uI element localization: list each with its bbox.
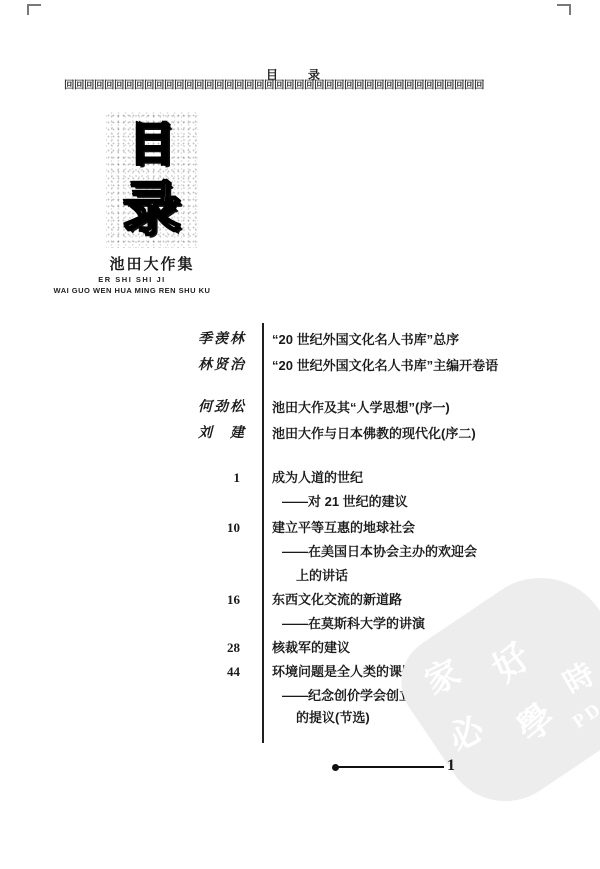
entry-subtitle: ——在美国日本协会主办的欢迎会 (262, 542, 477, 562)
entry-title: 核裁军的建议 (262, 638, 350, 658)
entry-page-number: 44 (180, 662, 262, 682)
scan-corner-mark-left (27, 4, 41, 15)
toc-row: 刘 建 池田大作与日本佛教的现代化(序二) (180, 424, 496, 444)
toc-row: 1 成为人道的世纪 (180, 468, 496, 488)
series-pinyin-line1: ER SHI SHI JI (52, 275, 212, 284)
scan-corner-mark-right (557, 4, 571, 15)
scanned-book-page: 目 录 回回回回回回回回回回回回回回回回回回回回回回回回回回回回回回回回回回回回… (0, 0, 600, 869)
seal-glyph: 學 (504, 690, 564, 752)
preface-author: 季羡林 (180, 330, 246, 350)
entry-subtitle: ——对 21 世纪的建议 (262, 492, 408, 512)
entry-subtitle: ——在莫斯科大学的讲演 (262, 614, 425, 634)
toc-row: 何劲松 池田大作及其“人学思想”(序一) (180, 398, 496, 418)
entry-title: 环境问题是全人类的课题 (262, 662, 415, 682)
toc-row: ——在美国日本协会主办的欢迎会 (180, 542, 496, 562)
entry-title: 成为人道的世纪 (262, 468, 363, 488)
entry-page-number: 16 (180, 590, 262, 610)
preface-author: 刘 建 (180, 424, 246, 444)
preface-title: 池田大作与日本佛教的现代化(序二) (262, 424, 476, 444)
footer-rule (336, 766, 444, 768)
toc-row: 10 建立平等互惠的地球社会 (180, 518, 496, 538)
toc-row: 季羡林 “20 世纪外国文化名人书库”总序 (180, 330, 496, 350)
preface-author: 林贤治 (180, 356, 246, 376)
entry-subtitle-continued: 的提议(节选) (262, 708, 370, 728)
series-title: 池田大作集 (70, 253, 234, 274)
preface-title: “20 世纪外国文化名人书库”主编开卷语 (262, 356, 498, 376)
toc-row: 林贤治 “20 世纪外国文化名人书库”主编开卷语 (180, 356, 496, 376)
entry-title: 建立平等互惠的地球社会 (262, 518, 415, 538)
preface-title: “20 世纪外国文化名人书库”总序 (262, 330, 459, 350)
seal-glyph: 好 (480, 629, 540, 691)
entry-page-number: 28 (180, 638, 262, 658)
toc-row: 16 东西文化交流的新道路 (180, 590, 496, 610)
seal-glyph: 必 (438, 701, 491, 760)
series-pinyin-line2: WAI GUO WEN HUA MING REN SHU KU (32, 286, 232, 295)
preface-title: 池田大作及其“人学思想”(序一) (262, 398, 450, 418)
logo-char-lu: 录 (106, 174, 198, 246)
entry-subtitle-continued: 上的讲话 (262, 566, 348, 586)
page-number: 1 (447, 757, 455, 775)
entry-title: 东西文化交流的新道路 (262, 590, 402, 610)
contents-logo: 目 录 (106, 112, 198, 248)
logo-char-mu: 目 (106, 116, 198, 172)
meander-border: 回回回回回回回回回回回回回回回回回回回回回回回回回回回回回回回回回回回回回回回回… (64, 79, 490, 91)
entry-page-number: 10 (180, 518, 262, 538)
entry-page-number: 1 (180, 468, 262, 488)
seal-glyph: 時 (553, 650, 600, 703)
toc-row: 上的讲话 (180, 566, 496, 586)
seal-glyph: 家 (415, 645, 467, 704)
toc-row: ——对 21 世纪的建议 (180, 492, 496, 512)
preface-author: 何劲松 (180, 398, 246, 418)
